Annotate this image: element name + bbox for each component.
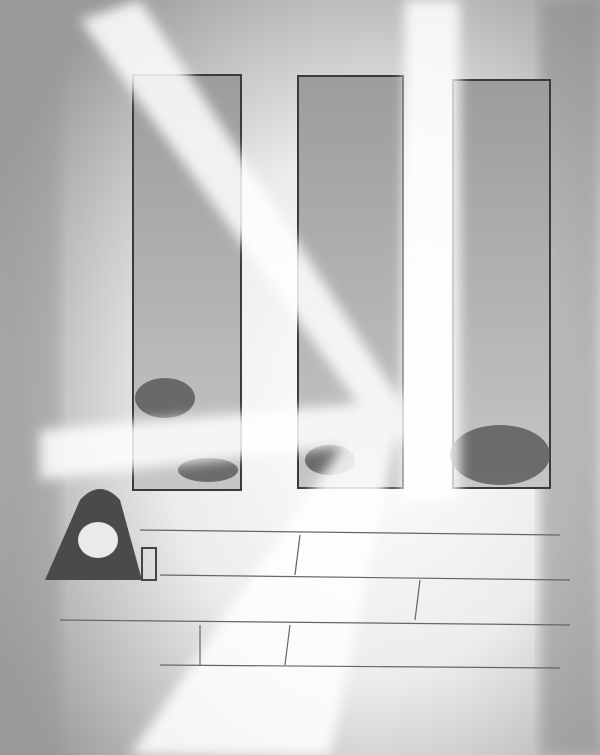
- sketch-drawing: [0, 0, 600, 755]
- pencil-sketch: [0, 0, 600, 755]
